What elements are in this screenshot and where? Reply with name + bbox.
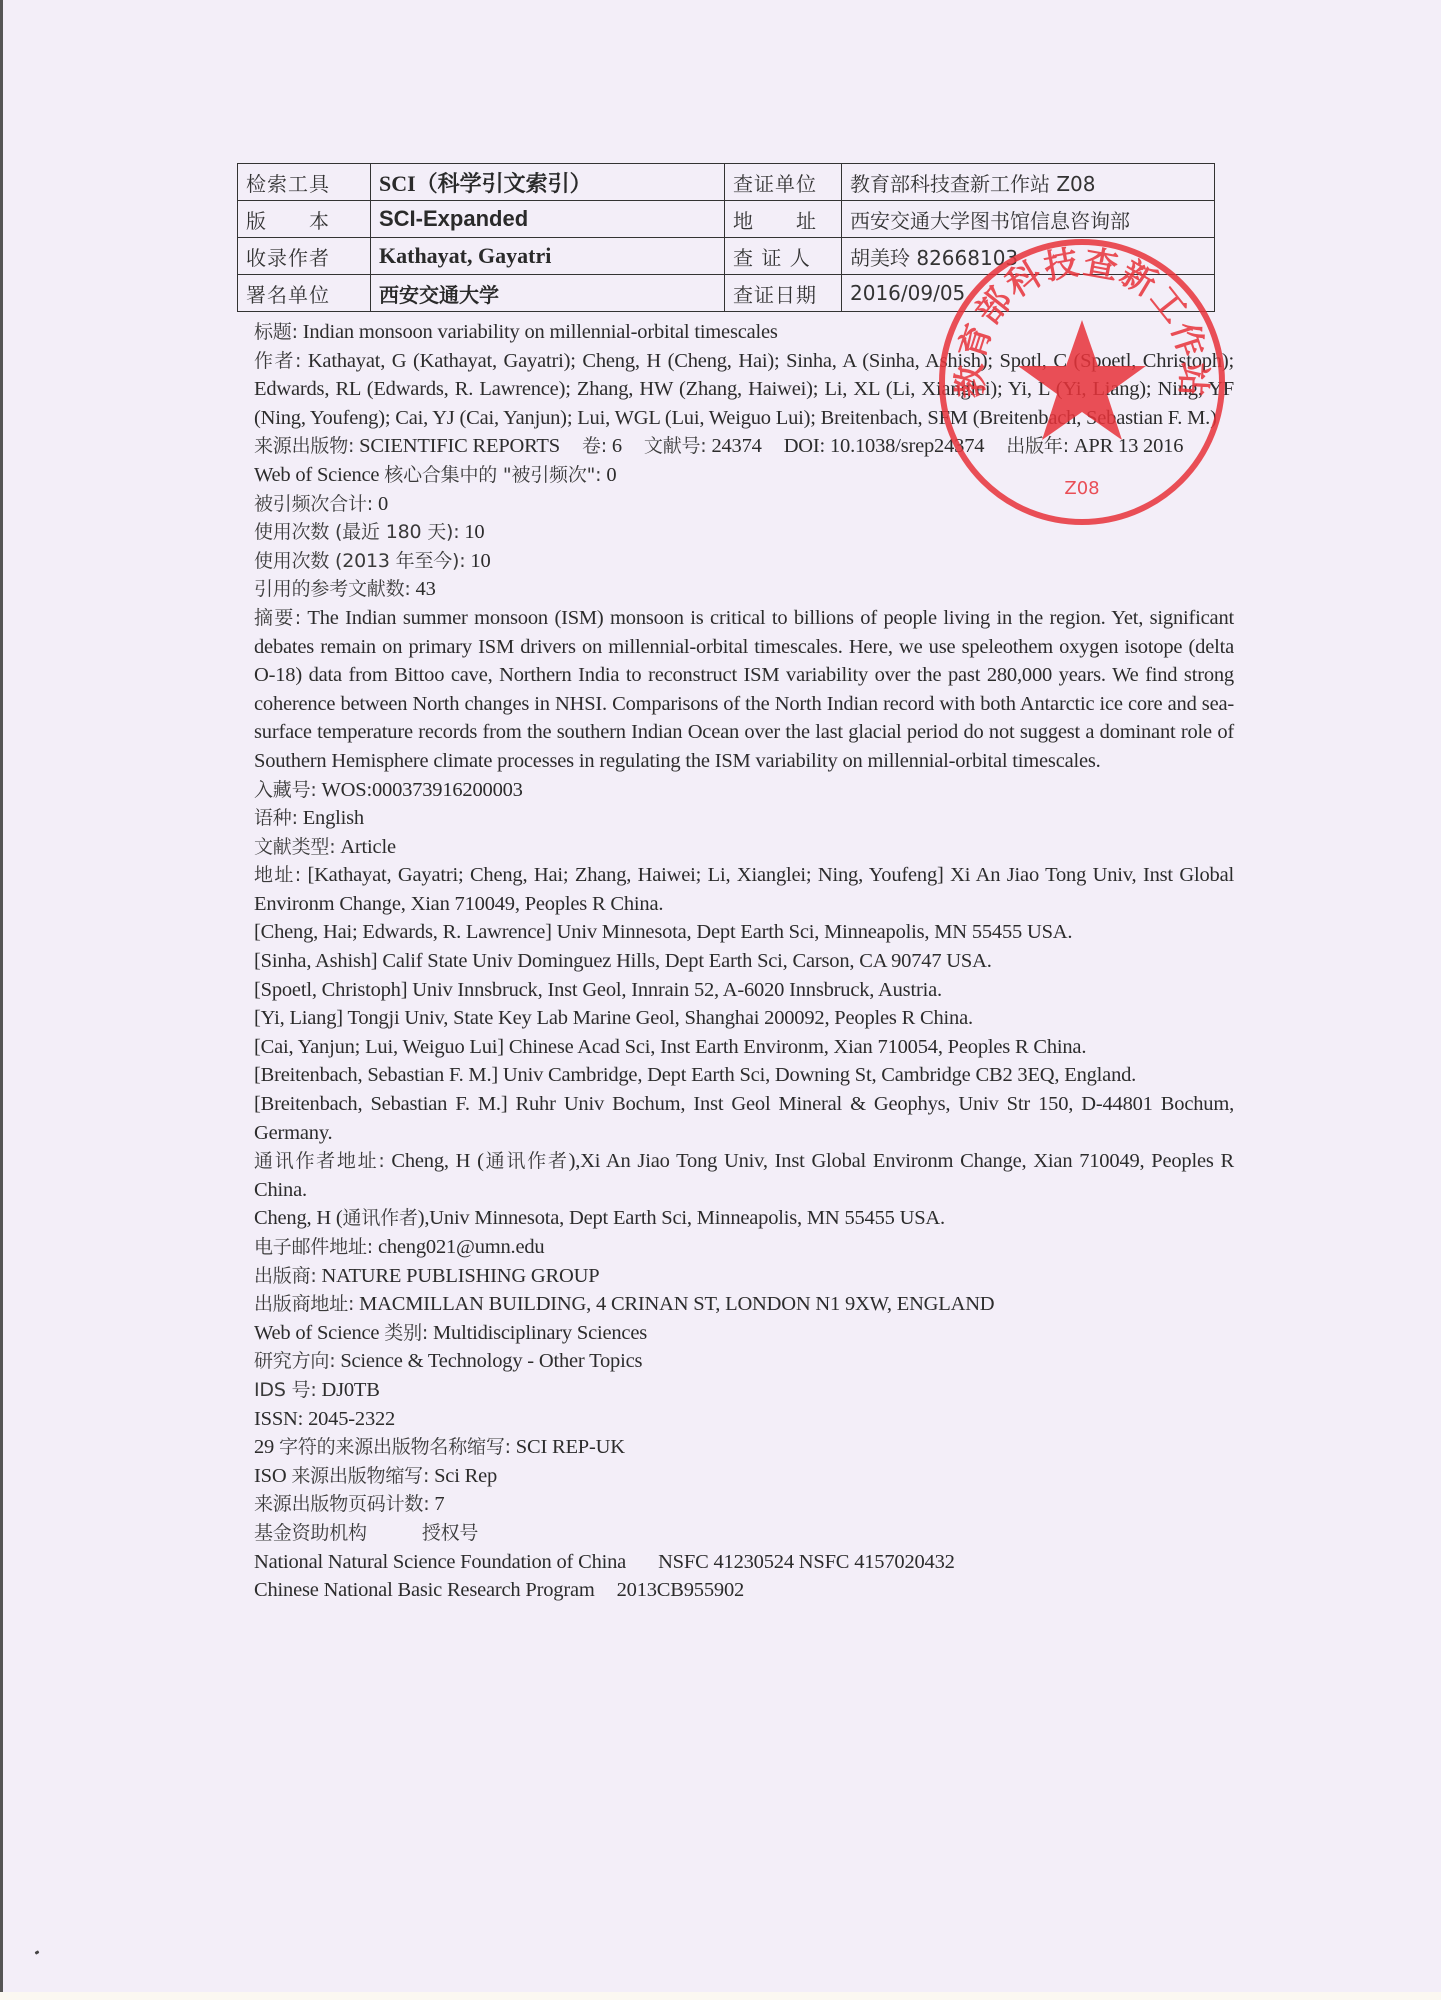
address-item: [Breitenbach, Sebastian F. M.] Univ Camb… [254, 1061, 1234, 1090]
scan-speck [35, 1950, 40, 1955]
address-item: [Spoetl, Christoph] Univ Innsbruck, Inst… [254, 976, 1234, 1005]
field-references: 引用的参考文献数: 43 [254, 575, 1234, 604]
label-search-tool: 检索工具 [238, 164, 371, 201]
doi-value: 10.1038/srep24374 [825, 435, 984, 457]
value-verifying-unit: 教育部科技查新工作站 Z08 [842, 164, 1215, 201]
field-language: 语种: English [254, 804, 1234, 833]
address-item: [Yi, Liang] Tongji Univ, State Key Lab M… [254, 1004, 1234, 1033]
value-verify-date: 2016/09/05 [842, 275, 1215, 312]
article-title: Indian monsoon variability on millennial… [298, 321, 778, 343]
table-row: 版 本 SCI-Expanded 地 址 西安交通大学图书馆信息咨询部 [238, 201, 1215, 238]
field-accession: 入藏号: WOS:000373916200003 [254, 776, 1234, 805]
field-total-cited: 被引频次合计: 0 [254, 490, 1234, 519]
value-search-tool: SCI（科学引文索引） [371, 164, 725, 201]
funding-row: National Natural Science Foundation of C… [254, 1548, 1234, 1577]
field-abbr-29: 29 字符的来源出版物名称缩写: SCI REP-UK [254, 1433, 1234, 1462]
address-item: [Breitenbach, Sebastian F. M.] Ruhr Univ… [254, 1090, 1234, 1147]
field-corresponding-address-2: Cheng, H (通讯作者),Univ Minnesota, Dept Ear… [254, 1204, 1234, 1233]
address-item: [Cai, Yanjun; Lui, Weiguo Lui] Chinese A… [254, 1033, 1234, 1062]
field-publisher-address: 出版商地址: MACMILLAN BUILDING, 4 CRINAN ST, … [254, 1290, 1234, 1319]
email-value: cheng021@umn.edu [373, 1236, 544, 1258]
funding-row: Chinese National Basic Research Program2… [254, 1576, 1234, 1605]
field-doc-type: 文献类型: Article [254, 833, 1234, 862]
field-wos-category: Web of Science 类别: Multidisciplinary Sci… [254, 1319, 1234, 1348]
label-verify-date: 查证日期 [725, 275, 842, 312]
scan-bottom-edge [0, 1992, 1441, 2000]
field-publisher: 出版商: NATURE PUBLISHING GROUP [254, 1262, 1234, 1291]
address-item: [Sinha, Ashish] Calif State Univ Domingu… [254, 947, 1234, 976]
field-source: 来源出版物: SCIENTIFIC REPORTS卷: 6文献号: 24374D… [254, 432, 1234, 461]
field-iso-abbr: ISO 来源出版物缩写: Sci Rep [254, 1462, 1234, 1491]
field-authors: 作者: Kathayat, G (Kathayat, Gayatri); Che… [254, 347, 1234, 433]
label-address: 地 址 [725, 201, 842, 238]
field-issn: ISSN: 2045-2322 [254, 1405, 1234, 1434]
label-affiliation: 署名单位 [238, 275, 371, 312]
label-indexed-author: 收录作者 [238, 238, 371, 275]
value-address: 西安交通大学图书馆信息咨询部 [842, 201, 1215, 238]
field-usage-180: 使用次数 (最近 180 天): 10 [254, 518, 1234, 547]
value-verifier: 胡美玲 82668103 [842, 238, 1215, 275]
field-ids: IDS 号: DJ0TB [254, 1376, 1234, 1405]
field-page-count: 来源出版物页码计数: 7 [254, 1490, 1234, 1519]
address-item: 地址: [Kathayat, Gayatri; Cheng, Hai; Zhan… [254, 861, 1234, 918]
table-row: 署名单位 西安交通大学 查证日期 2016/09/05 [238, 275, 1215, 312]
field-research-area: 研究方向: Science & Technology - Other Topic… [254, 1347, 1234, 1376]
field-usage-2013: 使用次数 (2013 年至今): 10 [254, 547, 1234, 576]
table-row: 收录作者 Kathayat, Gayatri 查 证 人 胡美玲 8266810… [238, 238, 1215, 275]
scan-edge [0, 0, 3, 1992]
field-wos-cited: Web of Science 核心合集中的 "被引频次": 0 [254, 461, 1234, 490]
label-verifier: 查 证 人 [725, 238, 842, 275]
funding-header: 基金资助机构授权号 [254, 1519, 1234, 1548]
label-verifying-unit: 查证单位 [725, 164, 842, 201]
table-row: 检索工具 SCI（科学引文索引） 查证单位 教育部科技查新工作站 Z08 [238, 164, 1215, 201]
field-email: 电子邮件地址: cheng021@umn.edu [254, 1233, 1234, 1262]
abstract-text: The Indian summer monsoon (ISM) monsoon … [254, 607, 1234, 772]
verification-info-table: 检索工具 SCI（科学引文索引） 查证单位 教育部科技查新工作站 Z08 版 本… [237, 163, 1215, 312]
address-item: [Cheng, Hai; Edwards, R. Lawrence] Univ … [254, 918, 1234, 947]
field-title: 标题: Indian monsoon variability on millen… [254, 318, 1234, 347]
value-indexed-author: Kathayat, Gayatri [371, 238, 725, 275]
record-body: 标题: Indian monsoon variability on millen… [254, 318, 1234, 1605]
value-affiliation: 西安交通大学 [371, 275, 725, 312]
field-abstract: 摘要: The Indian summer monsoon (ISM) mons… [254, 604, 1234, 776]
label-edition: 版 本 [238, 201, 371, 238]
authors-list: Kathayat, G (Kathayat, Gayatri); Cheng, … [254, 350, 1234, 429]
field-corresponding-address: 通讯作者地址: Cheng, H (通讯作者),Xi An Jiao Tong … [254, 1147, 1234, 1204]
value-edition: SCI-Expanded [371, 201, 725, 238]
